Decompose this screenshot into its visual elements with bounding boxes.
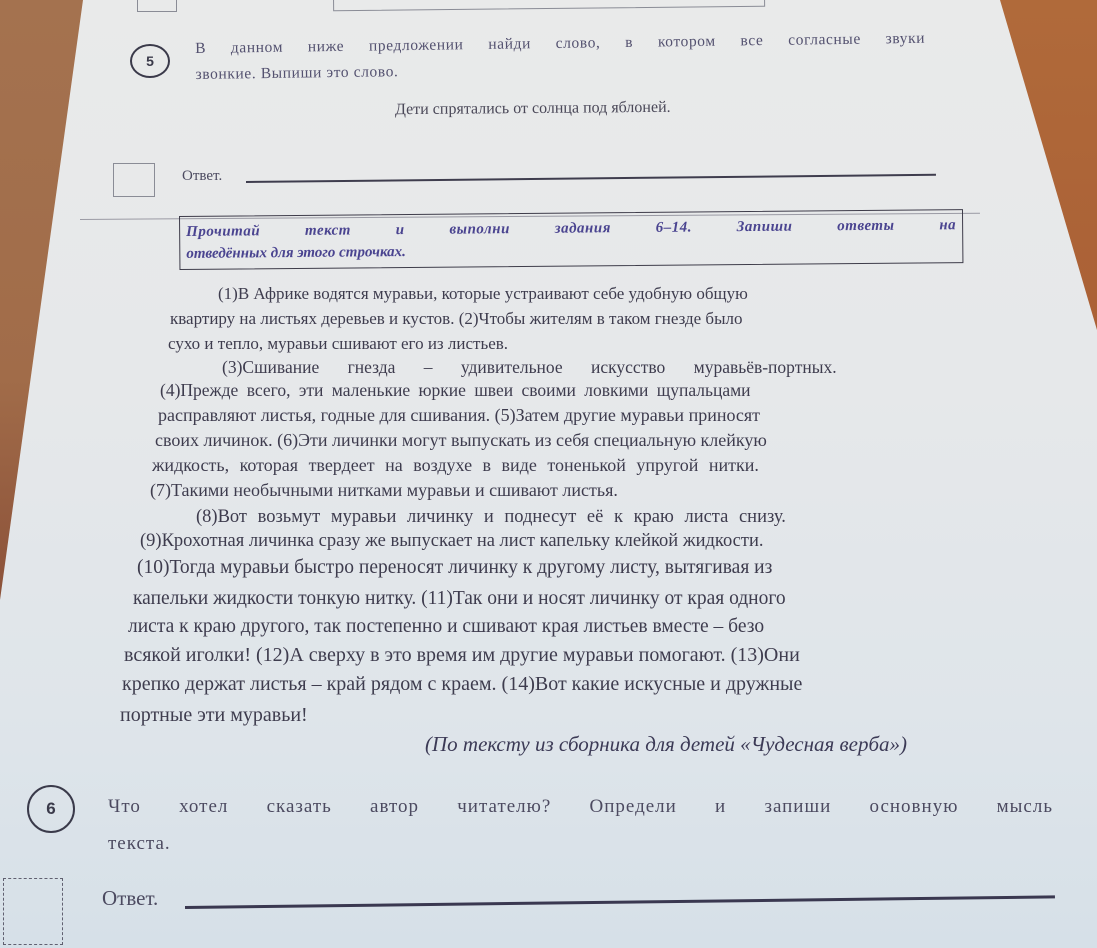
task-6-score-box bbox=[3, 878, 63, 945]
text-line: (4)Прежде всего, эти маленькие юркие шве… bbox=[160, 380, 751, 401]
text-line: (9)Крохотная личинка сразу же выпускает … bbox=[140, 531, 764, 552]
task-6-answer-label: Ответ. bbox=[102, 886, 158, 911]
text-line: портные эти муравьи! bbox=[120, 704, 308, 727]
text-line: крепко держат листья – край рядом с крае… bbox=[122, 673, 802, 696]
text-line: (8)Вот возьмут муравьи личинку и поднесу… bbox=[196, 507, 786, 528]
task-6-number: 6 bbox=[27, 785, 75, 833]
text-line: (10)Тогда муравьи быстро переносят личин… bbox=[137, 557, 772, 579]
text-line: всякой иголки! (12)А сверху в это время … bbox=[124, 644, 800, 667]
task-6-prompt-line1: Что хотел сказать автор читателю? Опреде… bbox=[108, 796, 1053, 818]
text-line: (3)Сшивание гнезда – удивительное искусс… bbox=[222, 357, 837, 378]
task-6-prompt-line2: текста. bbox=[108, 833, 171, 855]
worksheet-page: 5 В данном ниже предложении найди слово,… bbox=[0, 0, 1097, 948]
text-line: квартиру на листьях деревьев и кустов. (… bbox=[170, 309, 743, 329]
text-source: (По тексту из сборника для детей «Чудесн… bbox=[425, 732, 907, 757]
text-line: капельки жидкости тонкую нитку. (11)Так … bbox=[133, 588, 786, 610]
text-line: своих личинок. (6)Эти личинки могут выпу… bbox=[155, 430, 767, 451]
text-line: (1)В Африке водятся муравьи, которые уст… bbox=[218, 284, 968, 304]
text-line: (7)Такими необычными нитками муравьи и с… bbox=[150, 480, 618, 501]
text-line: листа к краю другого, так постепенно и с… bbox=[128, 616, 764, 638]
text-line: расправляют листья, годные для сшивания.… bbox=[158, 405, 760, 426]
text-line: сухо и тепло, муравьи сшивают его из лис… bbox=[168, 334, 508, 354]
text-line: жидкость, которая твердеет на воздухе в … bbox=[152, 455, 759, 476]
